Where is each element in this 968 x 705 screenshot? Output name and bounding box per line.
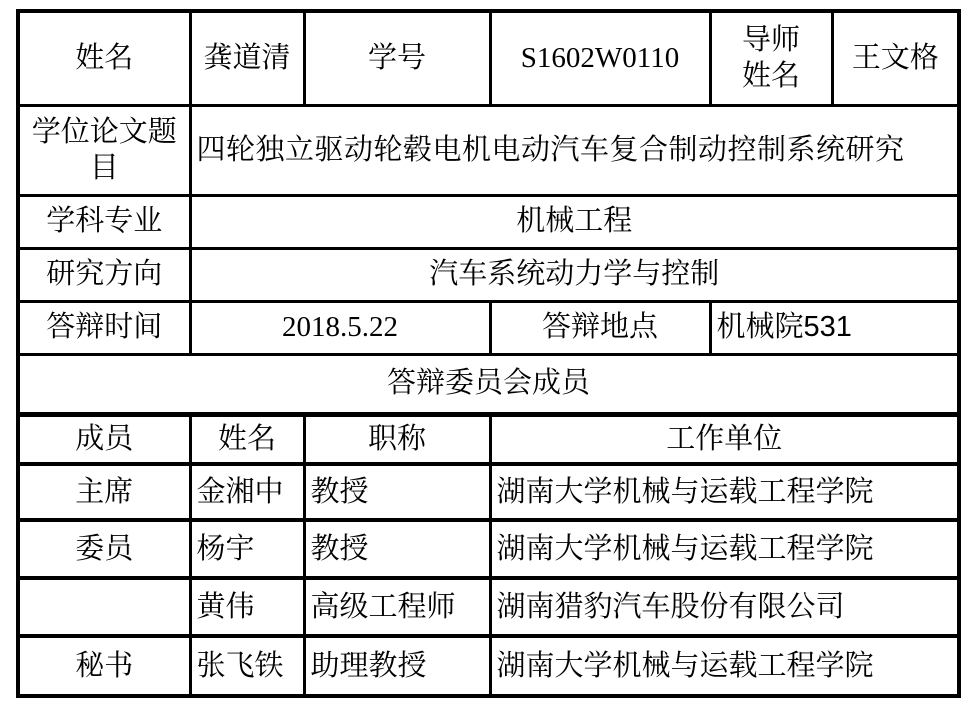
name-value-cell: 龚道清 — [190, 11, 304, 105]
thesis-defense-table: 姓名 龚道清 学号 S1602W0110 导师 姓名 王文格 学位论文题目 四轮… — [16, 9, 961, 698]
research-direction-value-cell: 汽车系统动力学与控制 — [190, 248, 959, 301]
member-title-cell: 助理教授 — [304, 636, 490, 696]
major-row: 学科专业 机械工程 — [18, 195, 959, 248]
member-name-cell: 金湘中 — [190, 464, 304, 520]
member-title-cell: 教授 — [304, 464, 490, 520]
member-name-cell: 杨宇 — [190, 520, 304, 578]
major-value-cell: 机械工程 — [190, 195, 959, 248]
committee-col-role: 成员 — [18, 414, 190, 464]
committee-member-row-secretary: 秘书 张飞铁 助理教授 湖南大学机械与运载工程学院 — [18, 636, 959, 696]
advisor-name-value-cell: 王文格 — [832, 11, 959, 105]
member-affiliation-cell: 湖南大学机械与运载工程学院 — [490, 520, 959, 578]
thesis-title-row: 学位论文题目 四轮独立驱动轮毂电机电动汽车复合制动控制系统研究 — [18, 105, 959, 195]
member-affiliation-cell: 湖南大学机械与运载工程学院 — [490, 464, 959, 520]
committee-member-row-member-2: 黄伟 高级工程师 湖南猎豹汽车股份有限公司 — [18, 578, 959, 636]
member-affiliation-cell: 湖南大学机械与运载工程学院 — [490, 636, 959, 696]
committee-section-header-row: 答辩委员会成员 — [18, 354, 959, 414]
research-direction-label-cell: 研究方向 — [18, 248, 190, 301]
member-role-cell: 主席 — [18, 464, 190, 520]
major-label-cell: 学科专业 — [18, 195, 190, 248]
committee-columns-row: 成员 姓名 职称 工作单位 — [18, 414, 959, 464]
committee-member-row-chair: 主席 金湘中 教授 湖南大学机械与运载工程学院 — [18, 464, 959, 520]
student-id-label-cell: 学号 — [304, 11, 490, 105]
defense-time-label-cell: 答辩时间 — [18, 301, 190, 354]
committee-section-header-cell: 答辩委员会成员 — [18, 354, 959, 414]
name-label-cell: 姓名 — [18, 11, 190, 105]
defense-location-value-cell: 机械院531 — [710, 301, 959, 354]
thesis-title-value-cell: 四轮独立驱动轮毂电机电动汽车复合制动控制系统研究 — [190, 105, 959, 195]
member-role-cell: 秘书 — [18, 636, 190, 696]
member-title-cell: 教授 — [304, 520, 490, 578]
defense-location-label-cell: 答辩地点 — [490, 301, 710, 354]
member-role-cell — [18, 578, 190, 636]
student-id-value-cell: S1602W0110 — [490, 11, 710, 105]
basic-info-row-1: 姓名 龚道清 学号 S1602W0110 导师 姓名 王文格 — [18, 11, 959, 105]
defense-time-value-cell: 2018.5.22 — [190, 301, 490, 354]
committee-col-affiliation: 工作单位 — [490, 414, 959, 464]
member-name-cell: 黄伟 — [190, 578, 304, 636]
member-affiliation-cell: 湖南猎豹汽车股份有限公司 — [490, 578, 959, 636]
member-name-cell: 张飞铁 — [190, 636, 304, 696]
thesis-title-label-cell: 学位论文题目 — [18, 105, 190, 195]
member-title-cell: 高级工程师 — [304, 578, 490, 636]
research-direction-row: 研究方向 汽车系统动力学与控制 — [18, 248, 959, 301]
defense-time-location-row: 答辩时间 2018.5.22 答辩地点 机械院531 — [18, 301, 959, 354]
member-role-cell: 委员 — [18, 520, 190, 578]
committee-col-title: 职称 — [304, 414, 490, 464]
committee-member-row-member-1: 委员 杨宇 教授 湖南大学机械与运载工程学院 — [18, 520, 959, 578]
advisor-name-label-cell: 导师 姓名 — [710, 11, 832, 105]
committee-col-name: 姓名 — [190, 414, 304, 464]
